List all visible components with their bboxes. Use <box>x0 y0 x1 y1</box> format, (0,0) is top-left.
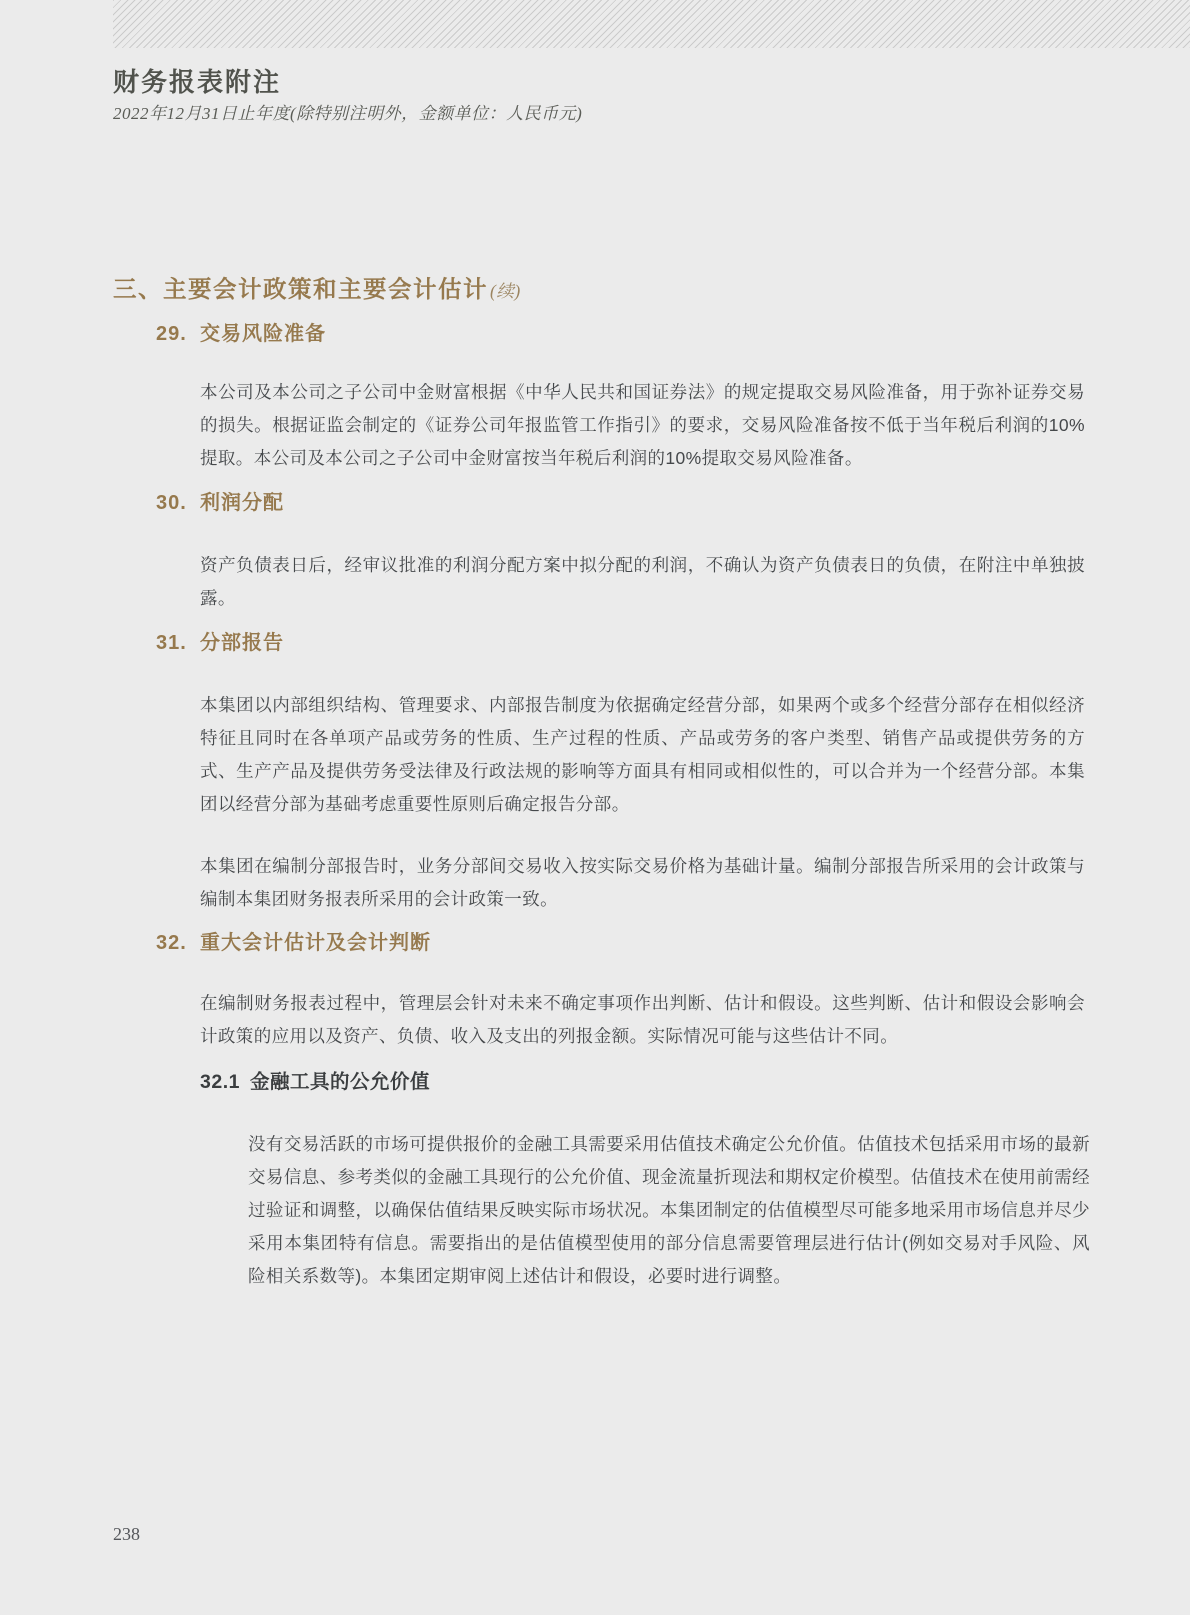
subsection-heading-29: 29. 交易风险准备 <box>156 322 326 346</box>
subsection-title: 交易风险准备 <box>200 322 326 346</box>
subsection-29-paragraph: 本公司及本公司之子公司中金财富根据《中华人民共和国证券法》的规定提取交易风险准备… <box>200 376 1085 476</box>
subsection-title: 利润分配 <box>200 491 284 515</box>
page-title: 财务报表附注 <box>113 62 281 99</box>
section-continuation-marker: (续) <box>490 281 521 301</box>
subsection-heading-32-1: 32.1 金融工具的公允价值 <box>200 1071 430 1094</box>
subsection-heading-31: 31. 分部报告 <box>156 631 284 655</box>
subsection-title: 金融工具的公允价值 <box>250 1071 430 1094</box>
page-subtitle: 2022年12月31日止年度(除特别注明外，金额单位：人民币元) <box>113 99 582 124</box>
subsection-31-paragraph-2: 本集团在编制分部报告时，业务分部间交易收入按实际交易价格为基础计量。编制分部报告… <box>200 850 1085 916</box>
subsection-number: 32.1 <box>200 1071 250 1094</box>
subsection-32-paragraph: 在编制财务报表过程中，管理层会针对未来不确定事项作出判断、估计和假设。这些判断、… <box>200 987 1085 1053</box>
subsection-title: 分部报告 <box>200 631 284 655</box>
report-page: 财务报表附注 2022年12月31日止年度(除特别注明外，金额单位：人民币元) … <box>0 0 1190 1615</box>
section-title: 主要会计政策和主要会计估计 <box>163 276 488 302</box>
subsection-number: 30. <box>156 491 200 515</box>
subsection-heading-32: 32. 重大会计估计及会计判断 <box>156 931 431 955</box>
section-heading: 三、主要会计政策和主要会计估计(续) <box>113 270 521 304</box>
subsection-31-paragraph-1: 本集团以内部组织结构、管理要求、内部报告制度为依据确定经营分部，如果两个或多个经… <box>200 689 1085 822</box>
subsection-30-paragraph: 资产负债表日后，经审议批准的利润分配方案中拟分配的利润，不确认为资产负债表日的负… <box>200 549 1085 615</box>
subsection-32-1-paragraph: 没有交易活跃的市场可提供报价的金融工具需要采用估值技术确定公允价值。估值技术包括… <box>248 1128 1090 1294</box>
subsection-title: 重大会计估计及会计判断 <box>200 931 431 955</box>
section-number: 三、 <box>113 276 163 302</box>
subsection-number: 31. <box>156 631 200 655</box>
subsection-number: 29. <box>156 322 200 346</box>
decorative-hatch-band <box>113 0 1190 48</box>
page-number: 238 <box>113 1524 140 1545</box>
subsection-heading-30: 30. 利润分配 <box>156 491 284 515</box>
subsection-number: 32. <box>156 931 200 955</box>
